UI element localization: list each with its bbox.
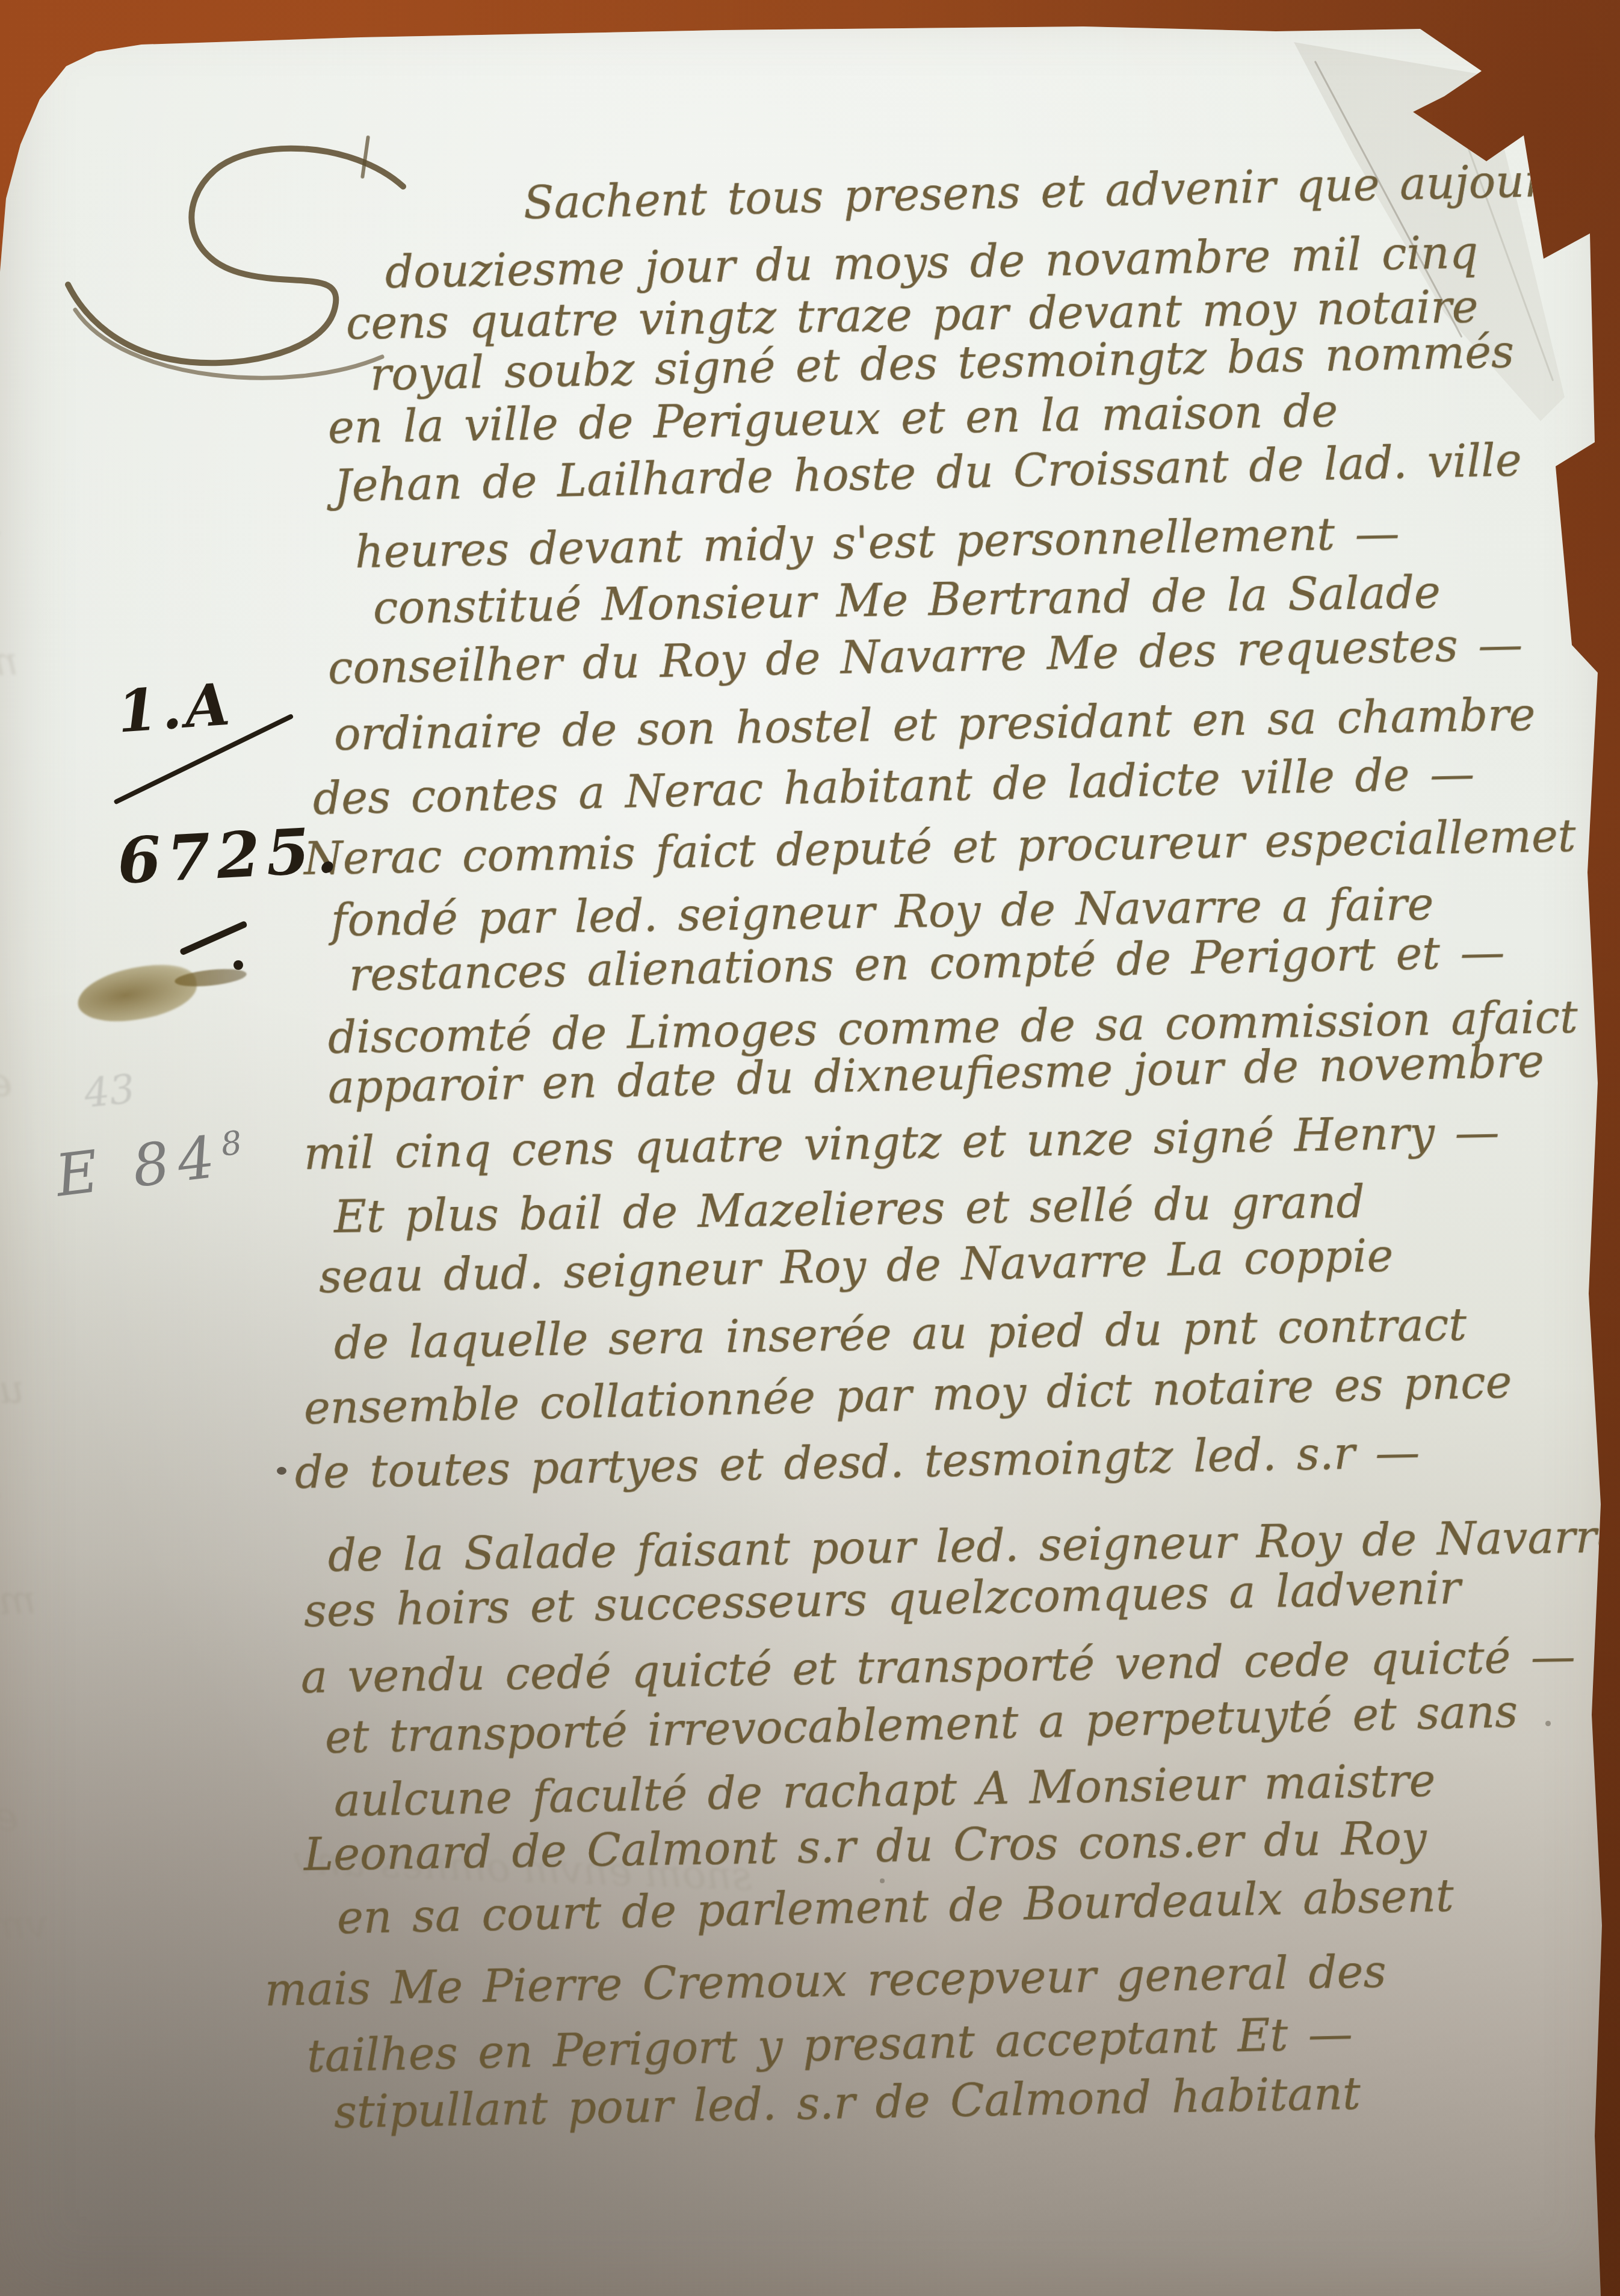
manuscript-line: Sachent tous presens et advenir que aujo… [523, 153, 1620, 229]
manuscript-line: Nerac commis faict deputé et procureur e… [303, 810, 1576, 885]
ink-speck [1545, 1721, 1551, 1726]
showthrough-line: nvm uome snvm emo [0, 782, 1, 839]
ink-speck [880, 1878, 885, 1883]
showthrough-line: um nsem onv emnse vnm [0, 1366, 25, 1421]
manuscript-line: mais Me Pierre Cremoux recepveur general… [264, 1946, 1387, 2016]
showthrough-line: snom envm omnes unv [0, 1462, 1, 1525]
showthrough-line: nvm uome snvm emo [0, 1685, 1, 1738]
showthrough-line: um nsem onv emnse vnm [0, 361, 1, 421]
showthrough-line: emnse vnm uome snv [0, 1793, 19, 1854]
stray-ink-stroke [360, 135, 370, 179]
manuscript-line: ordinaire de son hostel et presidant en … [333, 689, 1536, 761]
showthrough-line: vmn semno uvm nsem [0, 1233, 1, 1295]
showthrough-line: um nsem onv emnse vnm [0, 2010, 1, 2069]
cote-dot [233, 960, 243, 970]
showthrough-line: vmn semno uvm nsem [0, 1901, 49, 1955]
manuscript-line: mil cinq cens quatre vingtz et unze sign… [303, 1106, 1500, 1180]
showthrough-line: snom envm omnes unv [0, 499, 1, 554]
manuscript-line: de laquelle sera inserée au pied du pnt … [333, 1299, 1467, 1369]
pencil-cote-text: E 84 [52, 1123, 226, 1210]
manuscript-page: um nsem onv emnse vnmsnom envm omnes unv… [0, 0, 1620, 2296]
ink-speck [48, 75, 52, 79]
manuscript-line: des contes a Nerac habitant de ladicte v… [312, 748, 1475, 825]
manuscript-line: seau dud. seigneur Roy de Navarre La cop… [318, 1230, 1394, 1303]
archival-cote-number: 6725. [116, 812, 345, 898]
manuscript-line: de toutes partyes et desd. tesmoingtz le… [294, 1427, 1420, 1499]
showthrough-line: emnse vnm uome snv [0, 1059, 13, 1113]
photo-background: um nsem onv emnse vnmsnom envm omnes unv… [0, 0, 1620, 2296]
ink-stain [74, 958, 201, 1028]
manuscript-line: heures devant midy s'est personnellement… [354, 507, 1400, 578]
manuscript-line: ensemble collationnée par moy dict notai… [303, 1356, 1512, 1434]
archival-cote-series: 1.A [115, 670, 235, 745]
ink-speck [277, 1467, 286, 1475]
showthrough-line: mone vmn semno uvm ne [0, 638, 19, 702]
pencil-cote-superscript: 8 [219, 1123, 244, 1164]
cote-tick-stroke [179, 921, 248, 956]
pencil-cote: E 848 [52, 1120, 247, 1209]
showthrough-line: mone vmn semno uvm ne [0, 1576, 37, 1636]
pencil-faint-mark: 43 [82, 1066, 137, 1117]
